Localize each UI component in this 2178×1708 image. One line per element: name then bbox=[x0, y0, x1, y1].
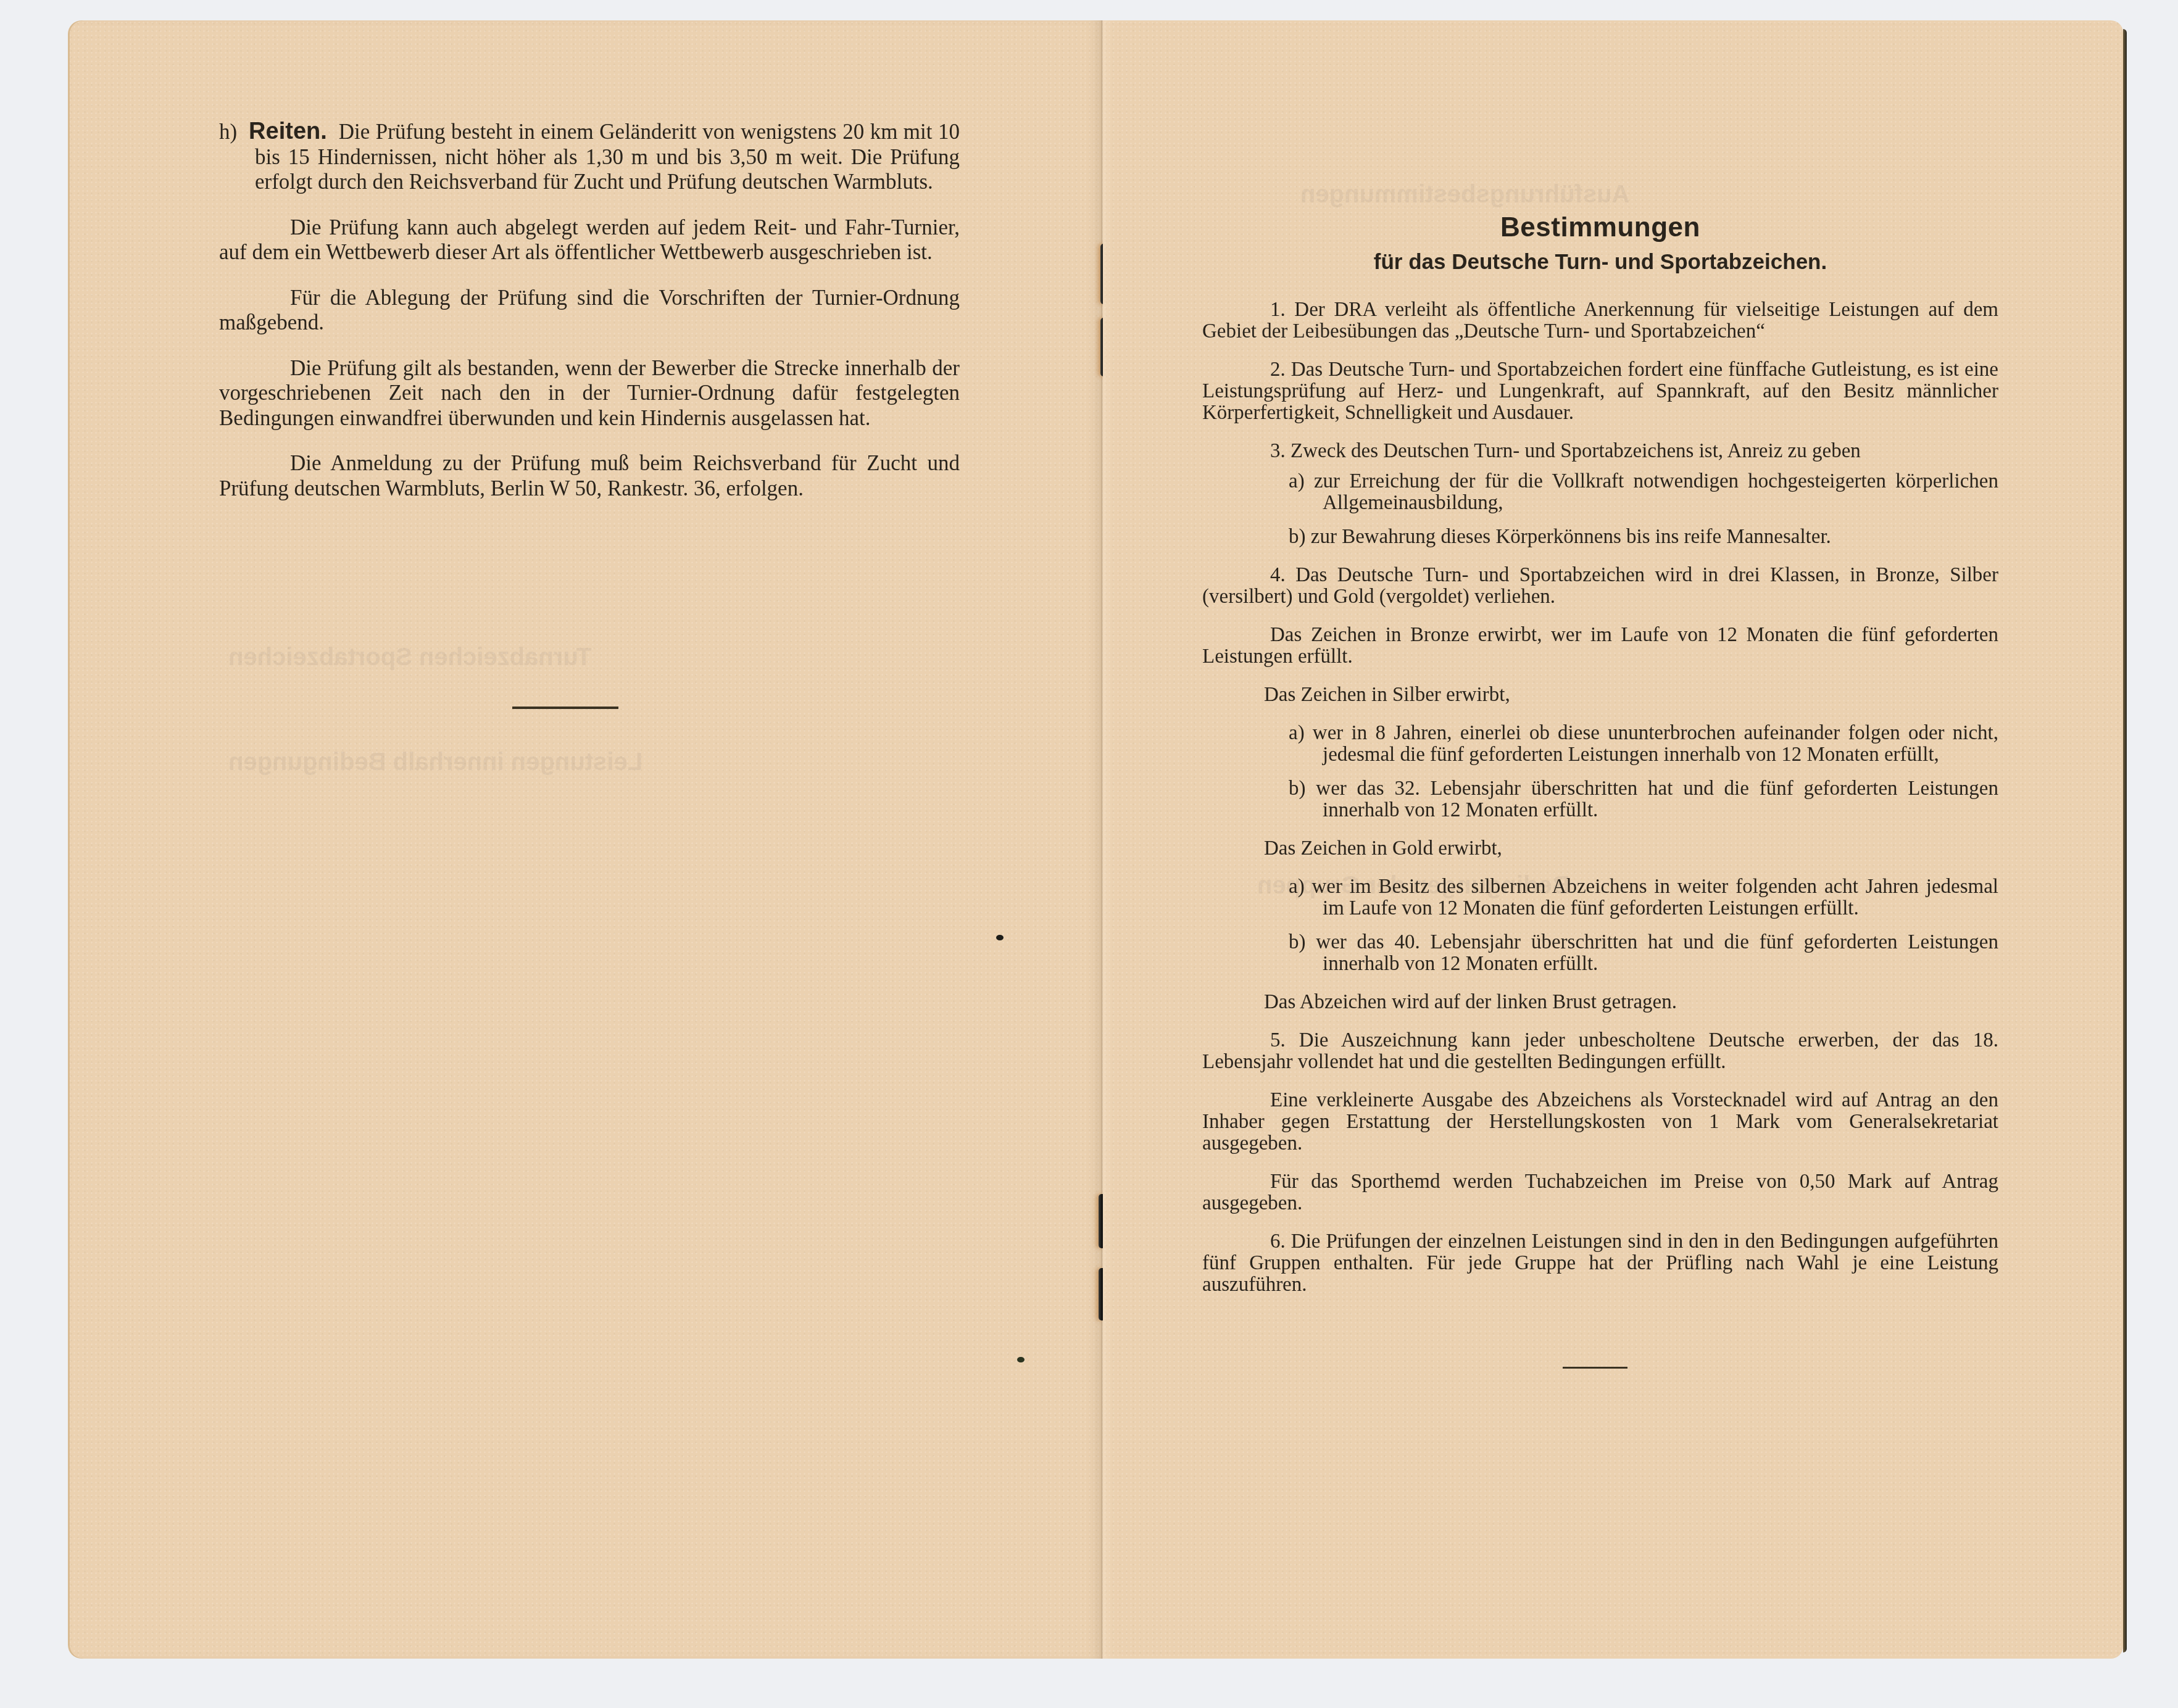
rule-4: 4. Das Deutsche Turn- und Sportabzeichen… bbox=[1202, 565, 1998, 608]
right-page-text: Bestimmungen für das Deutsche Turn- und … bbox=[1202, 212, 1998, 1312]
silver-item-b: b) wer das 32. Lebensjahr überschritten … bbox=[1202, 778, 1998, 821]
show-through-text: Leistungen innerhalb Bedingungen bbox=[228, 748, 642, 776]
paragraph: Die Anmeldung zu der Prüfung muß beim Re… bbox=[219, 451, 960, 501]
section-title: Reiten. bbox=[249, 118, 327, 144]
rule-2: 2. Das Deutsche Turn- und Sportabzeichen… bbox=[1202, 359, 1998, 424]
rule-1: 1. Der DRA verleiht als öffentliche Aner… bbox=[1202, 299, 1998, 342]
cloth-note: Für das Sporthemd werden Tuchabzeichen i… bbox=[1202, 1171, 1998, 1214]
show-through-text: Ausführungsbestimmungen bbox=[1300, 181, 1629, 209]
end-divider bbox=[1563, 1367, 1627, 1369]
ink-dot bbox=[996, 935, 1004, 940]
left-page: Turnabzeichen Sportabzeichen Leistungen … bbox=[68, 20, 1103, 1659]
silver-item-a: a) wer in 8 Jahren, einerlei ob diese un… bbox=[1202, 723, 1998, 766]
pin-note: Eine verkleinerte Ausgabe des Abzeichens… bbox=[1202, 1090, 1998, 1155]
paragraph: Die Prüfung besteht in einem Geländeritt… bbox=[255, 120, 960, 194]
open-booklet: Turnabzeichen Sportabzeichen Leistungen … bbox=[68, 20, 2123, 1659]
wear-note: Das Abzeichen wird auf der linken Brust … bbox=[1202, 992, 1998, 1013]
rule-3-item-a: a) zur Erreichung der für die Vollkraft … bbox=[1202, 471, 1998, 514]
show-through-text: Turnabzeichen Sportabzeichen bbox=[228, 644, 591, 671]
ink-dot bbox=[1017, 1357, 1025, 1362]
paragraph: Die Prüfung gilt als bestanden, wenn der… bbox=[219, 356, 960, 431]
bronze-rule: Das Zeichen in Bronze erwirbt, wer im La… bbox=[1202, 624, 1998, 668]
page-title: Bestimmungen bbox=[1202, 212, 1998, 244]
rule-6: 6. Die Prüfungen der einzelnen Leistunge… bbox=[1202, 1231, 1998, 1296]
gold-lead: Das Zeichen in Gold erwirbt, bbox=[1202, 838, 1998, 860]
page-subtitle: für das Deutsche Turn- und Sportabzeiche… bbox=[1202, 250, 1998, 275]
paragraph: Die Prüfung kann auch abgelegt werden au… bbox=[219, 215, 960, 265]
paragraph: Für die Ablegung der Prüfung sind die Vo… bbox=[219, 286, 960, 336]
section-h-intro: h) Reiten. Die Prüfung besteht in einem … bbox=[219, 119, 960, 195]
rule-3: 3. Zweck des Deutschen Turn- und Sportab… bbox=[1202, 441, 1998, 462]
rule-3-item-b: b) zur Bewahrung dieses Körperkönnens bi… bbox=[1202, 526, 1998, 548]
rule-5: 5. Die Auszeichnung kann jeder unbeschol… bbox=[1202, 1030, 1998, 1073]
section-marker: h) bbox=[219, 120, 237, 144]
silver-lead: Das Zeichen in Silber erwirbt, bbox=[1202, 684, 1998, 706]
gold-item-b: b) wer das 40. Lebensjahr überschritten … bbox=[1202, 932, 1998, 975]
section-divider bbox=[512, 707, 618, 709]
left-page-text: h) Reiten. Die Prüfung besteht in einem … bbox=[219, 119, 960, 521]
gold-item-a: a) wer im Besitz des silbernen Abzeichen… bbox=[1202, 876, 1998, 919]
